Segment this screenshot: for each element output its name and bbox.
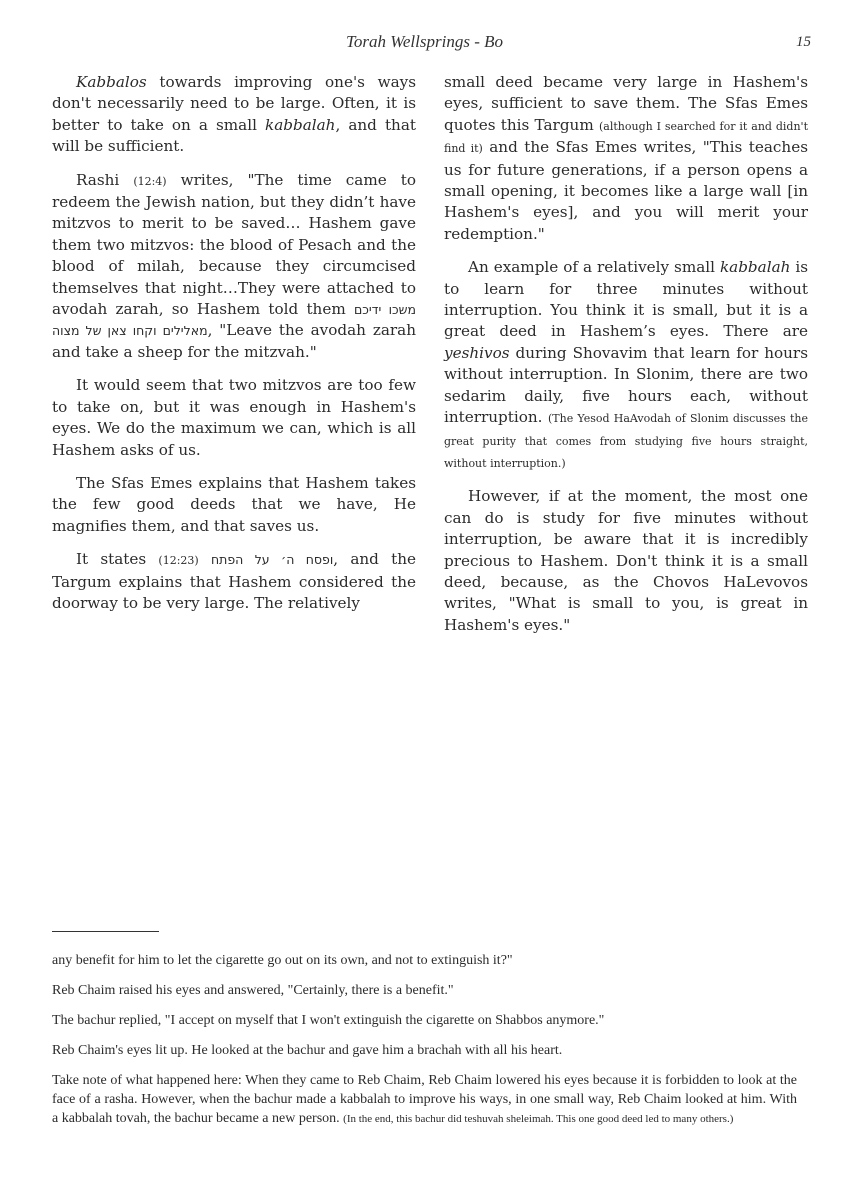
- verse-reference: (12:4): [133, 175, 166, 188]
- verse-reference: (12:23): [158, 554, 198, 567]
- footnote-paragraph: The bachur replied, "I accept on myself …: [52, 1011, 797, 1030]
- paragraph-text: An example of a relatively small: [468, 258, 720, 276]
- parenthetical-note: (In the end, this bachur did teshuvah sh…: [343, 1113, 733, 1125]
- italic-term: Kabbalos: [76, 73, 147, 91]
- right-column: small deed became very large in Hashem's…: [444, 72, 808, 648]
- italic-term: kabbalah: [265, 116, 335, 134]
- paragraph-however: However, if at the moment, the most one …: [444, 486, 808, 636]
- paragraph-text: Rashi: [76, 171, 133, 189]
- footnote-paragraph: Reb Chaim's eyes lit up. He looked at th…: [52, 1041, 797, 1060]
- footnote-paragraph: Reb Chaim raised his eyes and answered, …: [52, 981, 797, 1000]
- paragraph-example: An example of a relatively small kabbala…: [444, 257, 808, 474]
- paragraph-two-mitzvos: It would seem that two mitzvos are too f…: [52, 375, 416, 461]
- paragraph-rashi: Rashi (12:4) writes, "The time came to r…: [52, 170, 416, 364]
- paragraph-text: and the Sfas Emes writes, "This teaches …: [444, 138, 808, 243]
- footnote-divider: [52, 931, 159, 932]
- hebrew-quote: ופסח ה׳ על הפתח: [211, 552, 333, 567]
- footnote-paragraph: Take note of what happened here: When th…: [52, 1071, 797, 1129]
- page-number: 15: [796, 34, 811, 51]
- paragraph-sfas-emes: The Sfas Emes explains that Hashem takes…: [52, 473, 416, 537]
- italic-term: kabbalah: [720, 258, 790, 276]
- running-header-title: Torah Wellsprings - Bo: [0, 32, 849, 52]
- paragraph-text: It states: [76, 550, 158, 568]
- paragraph-continuation: small deed became very large in Hashem's…: [444, 72, 808, 245]
- paragraph-kabbalos: Kabbalos towards improving one's ways do…: [52, 72, 416, 158]
- footnotes: any benefit for him to let the cigarette…: [52, 951, 797, 1140]
- running-header: Torah Wellsprings - Bo 15: [0, 32, 849, 56]
- italic-term: yeshivos: [444, 344, 510, 362]
- paragraph-text: writes, "The time came to redeem the Jew…: [52, 171, 416, 318]
- footnote-paragraph: any benefit for him to let the cigarette…: [52, 951, 797, 970]
- paragraph-it-states: It states (12:23) ופסח ה׳ על הפתח, and t…: [52, 549, 416, 614]
- left-column: Kabbalos towards improving one's ways do…: [52, 72, 416, 626]
